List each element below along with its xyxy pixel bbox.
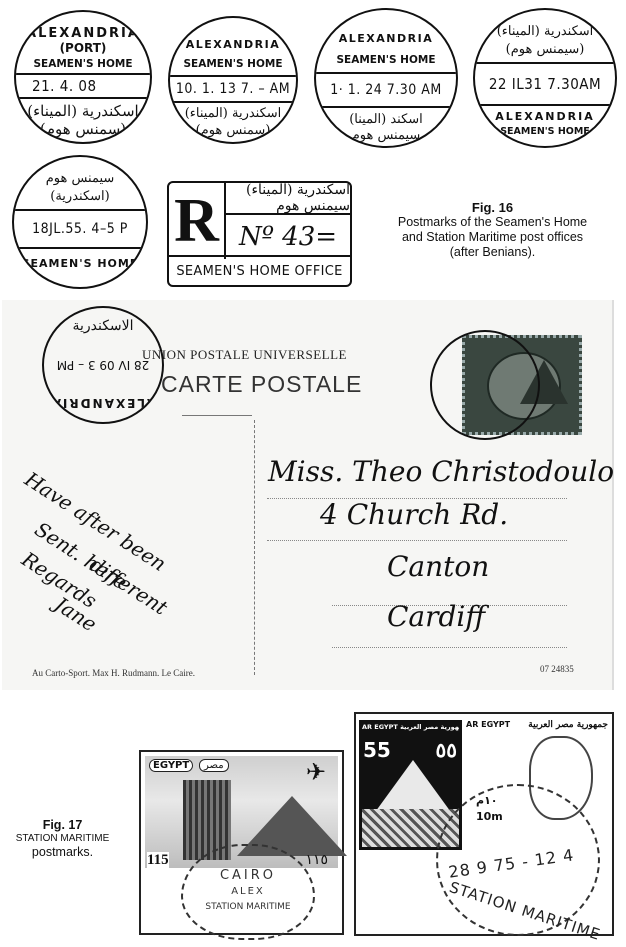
postmark-date: 21. 4. 08: [16, 73, 150, 99]
postmark-date: 22 IL31 7.30AM: [475, 62, 615, 106]
divider: [182, 415, 252, 416]
cancel-line: ALEX: [183, 886, 313, 897]
cancel-line: STATION MARITIME: [183, 902, 313, 912]
stamp-country: EGYPT: [149, 759, 193, 772]
stamp-value: 55: [363, 738, 391, 762]
postmark-alexandria-port-1908: ALEXANDRIA (PORT) SEAMEN'S HOME 21. 4. 0…: [14, 10, 152, 144]
postcard-title: CARTE POSTALE: [161, 371, 362, 398]
stamp-value-ar: ٥٥: [436, 738, 457, 762]
address-line: [332, 647, 567, 648]
fig17-caption: Fig. 17 STATION MARITIME postmarks.: [0, 818, 125, 860]
station-maritime-cancel: CAIRO ALEX STATION MARITIME: [181, 844, 315, 940]
postmark-date: 10. 1. 13 7. – AM: [170, 75, 296, 103]
postmark-seamens-home-1955: سيمنس هوم (اسكندرية) 18JL.55. 4–5 P SEAM…: [12, 155, 148, 289]
registration-label: R اسكندرية (الميناء) سيمنس هوم Nº 43= SE…: [167, 181, 352, 287]
address-street: 4 Church Rd.: [320, 498, 508, 531]
address-city: Cardiff: [387, 600, 485, 633]
fig17-caption-line: postmarks.: [0, 845, 125, 860]
cancel-date: 28 IV 09 3 – PM: [44, 358, 162, 372]
address-town: Canton: [387, 550, 489, 583]
postcard-cancel: الاسكندرية 28 IV 09 3 – PM ALEXANDRIA: [42, 306, 164, 424]
stamp-value-ar: ١١٥: [305, 852, 328, 868]
postmark-arabic: (سمنس هوم): [170, 123, 296, 138]
postmark-arabic: (سيمنس هوم): [475, 42, 615, 57]
postmark-town: ALEXANDRIA: [475, 110, 615, 123]
postcard: UNION POSTALE UNIVERSELLE CARTE POSTALE …: [2, 300, 614, 690]
postmark-arabic: اسكندرية (الميناء): [170, 106, 296, 121]
cancel-line: CAIRO: [183, 868, 313, 883]
postmark-sub: (PORT): [16, 41, 150, 55]
fig16-caption-line: and Station Maritime post offices: [375, 230, 610, 245]
cover-fragment-two-stamps: AR EGYPT جمهورية مصر العربية 55 ٥٥ AR EG…: [354, 712, 614, 936]
postmark-office: SEAMEN'S HOME: [170, 58, 296, 70]
registration-arabic: اسكندرية (الميناء) سيمنس هوم: [226, 183, 350, 215]
address-name: Miss. Theo Christodoulo: [268, 455, 614, 488]
address-line: [267, 540, 567, 541]
stamp-header-ar: جمهورية مصر العربية: [528, 720, 608, 730]
pyramid-icon: [373, 760, 453, 815]
registration-number: Nº 43=: [226, 215, 350, 259]
postmark-seamens-home-1924: ALEXANDRIA SEAMEN'S HOME 1· 1. 24 7.30 A…: [314, 8, 458, 148]
publisher-imprint: Au Carto-Sport. Max H. Rudmann. Le Caire…: [32, 668, 195, 678]
stamp-country: AR EGYPT: [466, 720, 510, 729]
postmark-arabic: سيمنس هوم: [14, 171, 146, 186]
postmark-arabic: (سمنس هوم): [16, 120, 150, 138]
fig16-caption-line: Postmarks of the Seamen's Home: [375, 215, 610, 230]
postmark-arabic: سيمنس هوم: [316, 128, 456, 143]
fig16-caption-line: (after Benians).: [375, 245, 610, 260]
cover-fragment-airmail: EGYPT مصر ✈ 115 ١١٥ CAIRO ALEX STATION M…: [139, 750, 344, 935]
stamp-country-ar: مصر: [199, 759, 229, 772]
registration-office: SEAMEN'S HOME OFFICE: [169, 255, 350, 285]
postcard-header: UNION POSTALE UNIVERSELLE: [142, 347, 347, 363]
registration-letter: R: [169, 183, 226, 259]
postmark-office: SEAMEN'S HOME: [14, 257, 146, 270]
postmark-office: SEAMEN'S HOME: [16, 58, 150, 70]
postmark-seamens-home-1931: اسكندرية (الميناء) (سيمنس هوم) 22 IL31 7…: [473, 8, 617, 148]
postmark-town: ALEXANDRIA: [16, 26, 150, 41]
postmark-arabic: (اسكندرية): [14, 189, 146, 204]
cancel-town: ALEXANDRIA: [44, 396, 162, 410]
stamp-header: AR EGYPT جمهورية مصر العربية: [362, 723, 459, 731]
fig17-title: Fig. 17: [0, 818, 125, 832]
postmark-town: ALEXANDRIA: [170, 38, 296, 51]
postmark-date: 18JL.55. 4–5 P: [14, 209, 146, 249]
postmark-arabic: الاسكندرية: [44, 318, 162, 334]
serial-number: 07 24835: [540, 664, 574, 674]
postmark-date: 1· 1. 24 7.30 AM: [316, 72, 456, 108]
stamp-cancel: [430, 330, 540, 440]
fig16-title: Fig. 16: [375, 200, 610, 215]
postmark-office: SEAMEN'S HOME: [475, 126, 615, 137]
postcard-divider: [254, 420, 255, 675]
postmark-arabic: اسكندرية (الميناء): [475, 24, 615, 39]
postmark-seamens-home-1913: ALEXANDRIA SEAMEN'S HOME 10. 1. 13 7. – …: [168, 16, 298, 144]
fig17-caption-line: STATION MARITIME: [0, 832, 125, 845]
postmark-office: SEAMEN'S HOME: [316, 54, 456, 66]
postmark-town: ALEXANDRIA: [316, 32, 456, 45]
postmark-arabic: اسكند (المينا): [316, 112, 456, 127]
airplane-icon: ✈: [306, 758, 326, 787]
postmark-arabic: اسكندرية (الميناء): [16, 102, 150, 120]
stamp-value: 115: [147, 852, 169, 869]
fig16-caption: Fig. 16 Postmarks of the Seamen's Home a…: [375, 200, 610, 260]
